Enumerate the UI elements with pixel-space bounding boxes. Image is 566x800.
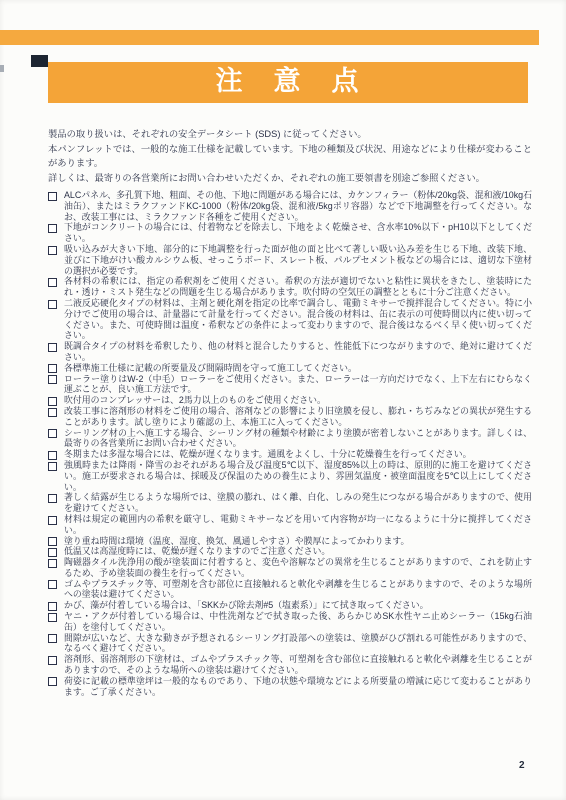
page-title: 注 意 点 — [216, 68, 361, 97]
corner-mark — [31, 55, 48, 67]
checkbox-icon — [48, 224, 57, 233]
note-item: 荷姿に記載の標準塗坪は一般的なものであり、下地の状態や環境などによる所要量の増減… — [48, 676, 532, 698]
note-text: かび、藻が付着している場合は、「SKKかび除去剤#5（塩素系）」にて拭き取ってく… — [64, 600, 532, 611]
checkbox-icon — [48, 580, 57, 589]
note-item: 陶磁器タイル洗浄用の酸が塗装面に付着すると、変色や溶解などの異常を生じることがあ… — [48, 557, 532, 579]
note-item: ヤニ・アクが付着している場合は、中性洗剤などで拭き取った後、あらかじめSK水性ヤ… — [48, 611, 532, 633]
checkbox-icon — [48, 634, 57, 643]
note-item: 溶剤形、弱溶剤形の下塗材は、ゴムやプラスチック等、可塑剤を含む部位に直接触れると… — [48, 654, 532, 676]
checkbox-icon — [48, 343, 57, 352]
document-page: 注 意 点 製品の取り扱いは、それぞれの安全データシート (SDS) に従ってく… — [0, 0, 566, 800]
checkbox-icon — [48, 375, 57, 384]
note-item: 強風時または降雨・降雪のおそれがある場合及び温度5℃以下、湿度85%以上の時は、… — [48, 460, 532, 492]
intro-line: 詳しくは、最寄りの各営業所にお問い合わせいただくか、それぞれの施工要領書を別途ご… — [48, 171, 532, 186]
note-text: 強風時または降雨・降雪のおそれがある場合及び温度5℃以下、湿度85%以上の時は、… — [64, 460, 532, 492]
checkbox-icon — [48, 516, 57, 525]
note-text: ローラー塗りはW-2（中毛）ローラーをご使用ください。また、ローラーは一方向だけ… — [64, 374, 532, 396]
note-item: 下地がコンクリートの場合には、付着物などを除去し、下地をよく乾燥させ、含水率10… — [48, 222, 532, 244]
note-text: 溶剤形、弱溶剤形の下塗材は、ゴムやプラスチック等、可塑剤を含む部位に直接触れると… — [64, 654, 532, 676]
note-text: 各材料の希釈には、指定の希釈剤をご使用ください。希釈の方法が適切でないと粘性に異… — [64, 276, 532, 298]
note-text: 冬期または多湿な場合には、乾燥が遅くなります。通風をよくし、十分に乾燥養生を行っ… — [64, 449, 532, 460]
title-banner: 注 意 点 — [48, 62, 528, 103]
note-item: かび、藻が付着している場合は、「SKKかび除去剤#5（塩素系）」にて拭き取ってく… — [48, 600, 532, 611]
note-text: ALCパネル、多孔質下地、粗面、その他、下地に問題がある場合には、カケンフィラー… — [64, 190, 532, 222]
note-text: 荷姿に記載の標準塗坪は一般的なものであり、下地の状態や環境などによる所要量の増減… — [64, 676, 532, 698]
note-text: 既調合タイプの材料を希釈したり、他の材料と混合したりすると、性能低下につながりま… — [64, 341, 532, 363]
checkbox-icon — [48, 462, 57, 471]
note-text: 陶磁器タイル洗浄用の酸が塗装面に付着すると、変色や溶解などの異常を生じることがあ… — [64, 557, 532, 579]
note-item: 低温又は高湿度時には、乾燥が遅くなりますのでご注意ください。 — [48, 546, 532, 557]
note-item: シーリング材の上へ施工する場合、シーリング材の種類や材齢により塗膜が密着しないこ… — [48, 428, 532, 450]
note-text: シーリング材の上へ施工する場合、シーリング材の種類や材齢により塗膜が密着しないこ… — [64, 428, 532, 450]
note-item: 冬期または多湿な場合には、乾燥が遅くなります。通風をよくし、十分に乾燥養生を行っ… — [48, 449, 532, 460]
note-text: 各標準施工仕様に記載の所要量及び間隔時間を守って施工してください。 — [64, 363, 532, 374]
checkbox-icon — [48, 364, 57, 373]
note-item: 各材料の希釈には、指定の希釈剤をご使用ください。希釈の方法が適切でないと粘性に異… — [48, 276, 532, 298]
note-item: 既調合タイプの材料を希釈したり、他の材料と混合したりすると、性能低下につながりま… — [48, 341, 532, 363]
note-text: 吸い込みが大きい下地、部分的に下地調整を行った面が他の面と比べて著しい吸い込み差… — [64, 244, 532, 276]
checkbox-icon — [48, 677, 57, 686]
checkbox-icon — [48, 602, 57, 611]
checkbox-icon — [48, 300, 57, 309]
note-text: 吹付用のコンプレッサーは、2馬力以上のものをご使用ください。 — [64, 395, 532, 406]
note-text: ヤニ・アクが付着している場合は、中性洗剤などで拭き取った後、あらかじめSK水性ヤ… — [64, 611, 532, 633]
note-item: 著しく結露が生じるような場所では、塗膜の膨れ、はく離、白化、しみの発生につながる… — [48, 492, 532, 514]
note-item: ローラー塗りはW-2（中毛）ローラーをご使用ください。また、ローラーは一方向だけ… — [48, 374, 532, 396]
top-banner-strip — [0, 30, 539, 45]
note-text: 二液反応硬化タイプの材料は、主剤と硬化剤を指定の比率で調合し、電動ミキサーで撹拌… — [64, 298, 532, 341]
note-text: 間隙が広いなど、大きな動きが予想されるシーリング打設部への塗装は、塗膜がひび割れ… — [64, 633, 532, 655]
checkbox-icon — [48, 429, 57, 438]
note-item: 間隙が広いなど、大きな動きが予想されるシーリング打設部への塗装は、塗膜がひび割れ… — [48, 633, 532, 655]
note-text: 著しく結露が生じるような場所では、塗膜の膨れ、はく離、白化、しみの発生につながる… — [64, 492, 532, 514]
checkbox-icon — [48, 537, 57, 546]
page-number: 2 — [519, 760, 525, 771]
notes-list: ALCパネル、多孔質下地、粗面、その他、下地に問題がある場合には、カケンフィラー… — [48, 190, 532, 697]
note-item: 吹付用のコンプレッサーは、2馬力以上のものをご使用ください。 — [48, 395, 532, 406]
note-item: 吸い込みが大きい下地、部分的に下地調整を行った面が他の面と比べて著しい吸い込み差… — [48, 244, 532, 276]
note-item: 各標準施工仕様に記載の所要量及び間隔時間を守って施工してください。 — [48, 363, 532, 374]
note-item: 塗り重ね時間は環境（温度、湿度、換気、風通しやすさ）や膜厚によってかわります。 — [48, 536, 532, 547]
note-text: 改装工事に溶剤形の材料をご使用の場合、溶剤などの影響により旧塗膜を侵し、膨れ・ち… — [64, 406, 532, 428]
note-item: 二液反応硬化タイプの材料は、主剤と硬化剤を指定の比率で調合し、電動ミキサーで撹拌… — [48, 298, 532, 341]
checkbox-icon — [48, 278, 57, 287]
intro-line: 製品の取り扱いは、それぞれの安全データシート (SDS) に従ってください。 — [48, 127, 532, 142]
checkbox-icon — [48, 408, 57, 417]
checkbox-icon — [48, 656, 57, 665]
note-item: 材料は規定の範囲内の希釈を厳守し、電動ミキサーなどを用いて内容物が均一になるよう… — [48, 514, 532, 536]
note-text: 低温又は高湿度時には、乾燥が遅くなりますのでご注意ください。 — [64, 546, 532, 557]
checkbox-icon — [48, 559, 57, 568]
note-text: ゴムやプラスチック等、可塑剤を含む部位に直接触れると軟化や剥離を生じることがあり… — [64, 579, 532, 601]
checkbox-icon — [48, 192, 57, 201]
checkbox-icon — [48, 494, 57, 503]
note-text: 材料は規定の範囲内の希釈を厳守し、電動ミキサーなどを用いて内容物が均一になるよう… — [64, 514, 532, 536]
note-item: 改装工事に溶剤形の材料をご使用の場合、溶剤などの影響により旧塗膜を侵し、膨れ・ち… — [48, 406, 532, 428]
scan-artifact — [0, 65, 4, 72]
intro-line: 本パンフレットでは、一般的な施工仕様を記載しています。下地の種類及び状況、用途な… — [48, 142, 532, 171]
checkbox-icon — [48, 246, 57, 255]
checkbox-icon — [48, 548, 57, 557]
note-item: ゴムやプラスチック等、可塑剤を含む部位に直接触れると軟化や剥離を生じることがあり… — [48, 579, 532, 601]
note-item: ALCパネル、多孔質下地、粗面、その他、下地に問題がある場合には、カケンフィラー… — [48, 190, 532, 222]
checkbox-icon — [48, 613, 57, 622]
note-text: 下地がコンクリートの場合には、付着物などを除去し、下地をよく乾燥させ、含水率10… — [64, 222, 532, 244]
checkbox-icon — [48, 451, 57, 460]
intro-paragraph: 製品の取り扱いは、それぞれの安全データシート (SDS) に従ってください。 本… — [48, 127, 532, 185]
checkbox-icon — [48, 397, 57, 406]
note-text: 塗り重ね時間は環境（温度、湿度、換気、風通しやすさ）や膜厚によってかわります。 — [64, 536, 532, 547]
